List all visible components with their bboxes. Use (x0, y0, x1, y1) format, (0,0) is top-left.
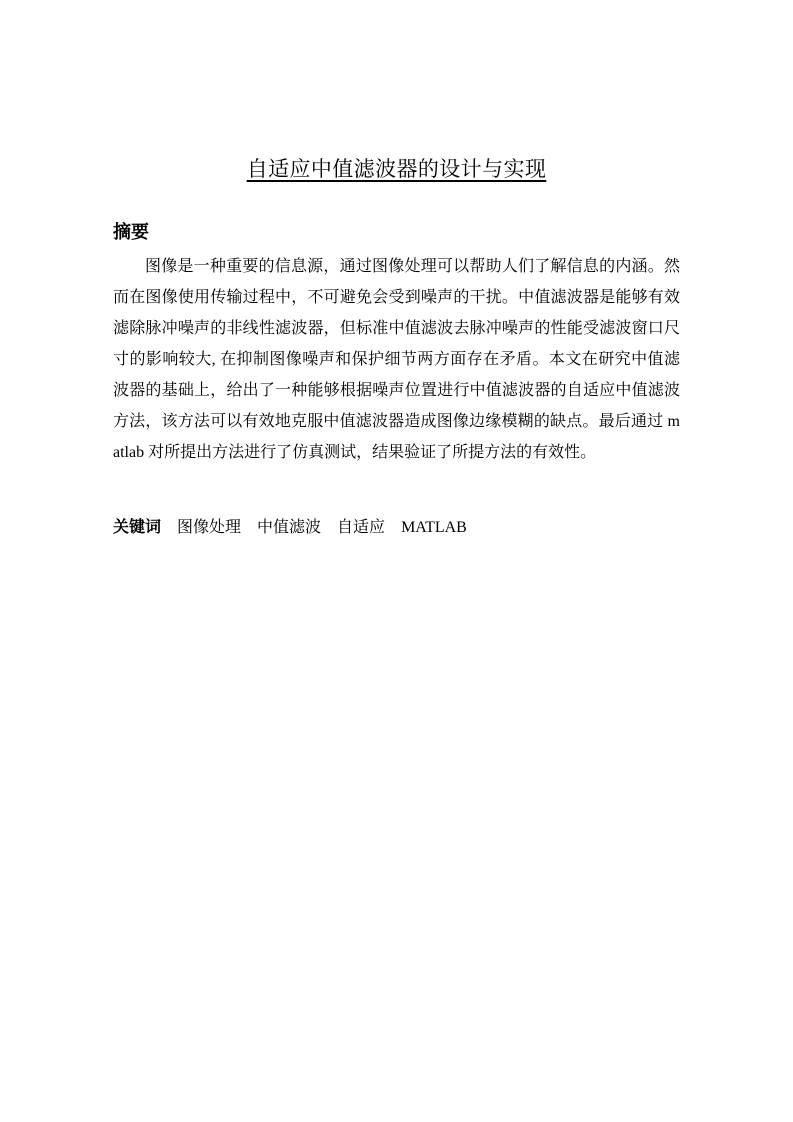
abstract-heading: 摘要 (113, 220, 149, 244)
keyword-item: 图像处理 (177, 519, 241, 536)
keyword-item: MATLAB (401, 519, 467, 536)
document-page: 自适应中值滤波器的设计与实现 摘要 图像是一种重要的信息源，通过图像处理可以帮助… (0, 0, 793, 1122)
document-title-text: 自适应中值滤波器的设计与实现 (247, 157, 547, 181)
keyword-item: 中值滤波 (257, 519, 321, 536)
keyword-item: 自适应 (337, 519, 385, 536)
keywords-label: 关键词 (113, 519, 161, 536)
keywords-line: 关键词图像处理中值滤波自适应MATLAB (113, 517, 680, 539)
abstract-paragraph: 图像是一种重要的信息源，通过图像处理可以帮助人们了解信息的内涵。然而在图像使用传… (113, 251, 680, 468)
document-title: 自适应中值滤波器的设计与实现 (113, 155, 680, 183)
